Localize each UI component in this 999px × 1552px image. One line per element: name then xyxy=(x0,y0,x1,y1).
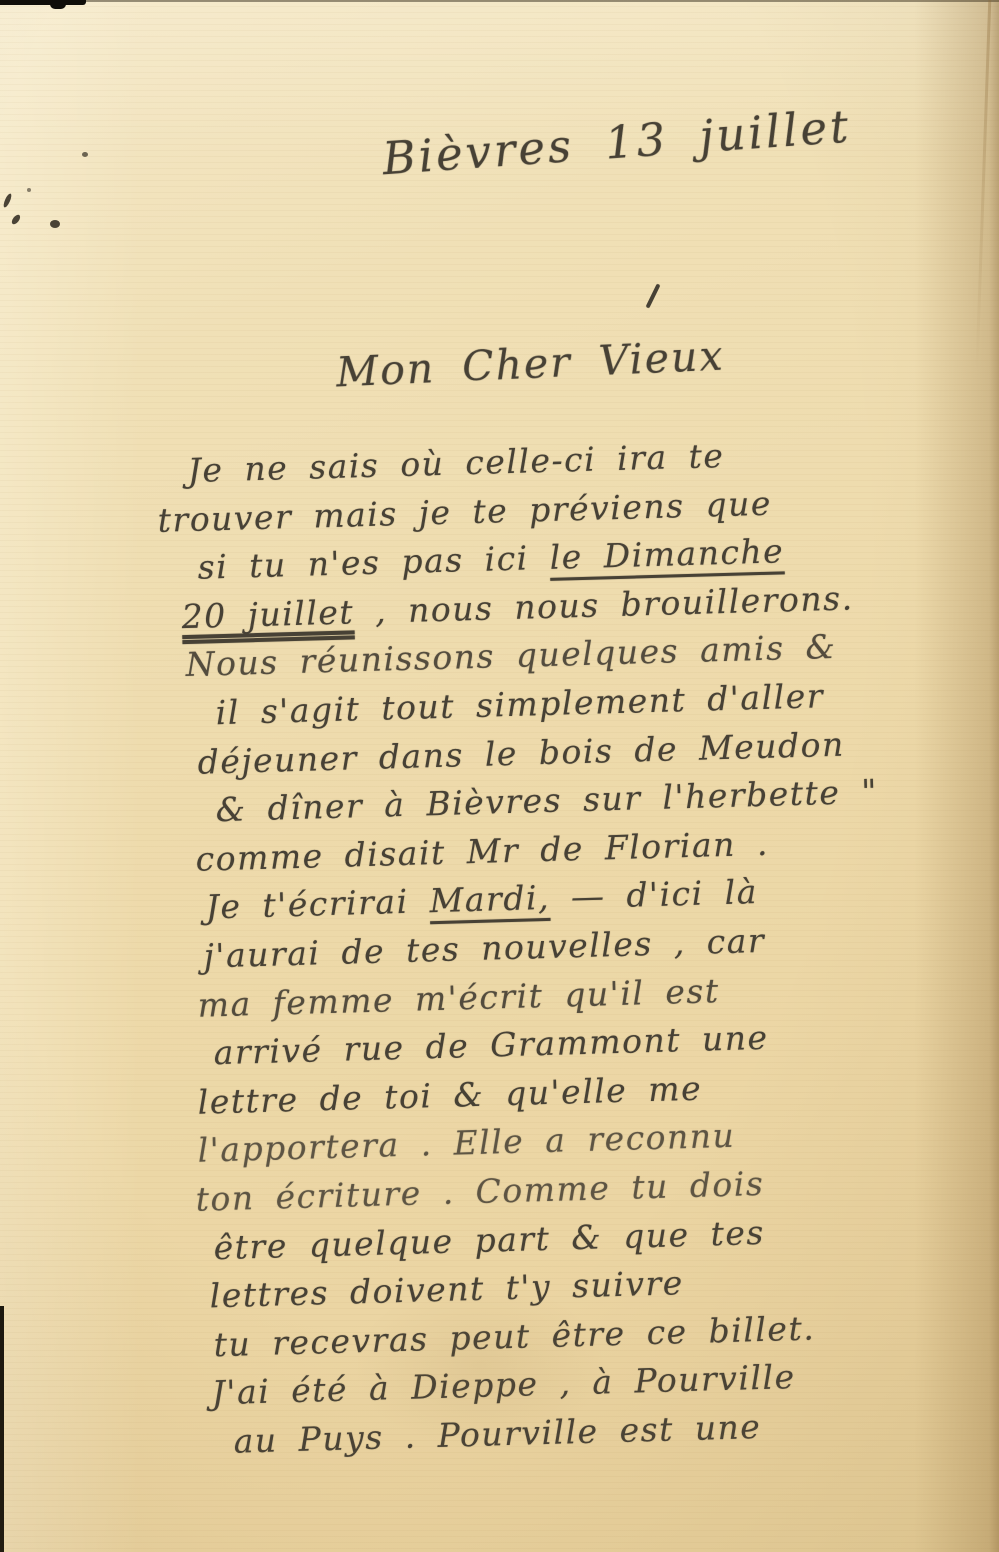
date-line: Bièvres 13 juillet xyxy=(381,100,853,186)
letter-text: — d'ici là xyxy=(549,872,758,917)
letter-body: Je ne sais où celle-ci ira tetrouver mai… xyxy=(152,452,998,1472)
underlined-text: Mardi, xyxy=(429,878,550,920)
scan-edge-left-black xyxy=(0,1306,4,1552)
salutation: Mon Cher Vieux xyxy=(335,332,725,397)
ink-speck xyxy=(82,152,88,157)
stray-ink-mark xyxy=(646,283,661,308)
scan-edge-top-line xyxy=(0,0,999,2)
scan-edge-top-black xyxy=(0,0,86,5)
underlined-text: 20 juillet xyxy=(181,592,354,636)
letter-text: Je t'écrirai xyxy=(205,882,430,927)
ink-speck xyxy=(10,213,22,225)
ink-speck xyxy=(50,220,60,228)
letter-page: Bièvres 13 juillet Mon Cher Vieux Je ne … xyxy=(0,0,999,1552)
ink-speck xyxy=(27,188,31,192)
underlined-text: le Dimanche xyxy=(549,532,785,578)
scan-edge-top-nub xyxy=(50,0,66,9)
letter-text: Je ne sais où celle-ci ira te xyxy=(187,436,725,490)
ink-speck xyxy=(2,193,13,209)
letter-text: si tu n'es pas ici xyxy=(197,538,550,587)
